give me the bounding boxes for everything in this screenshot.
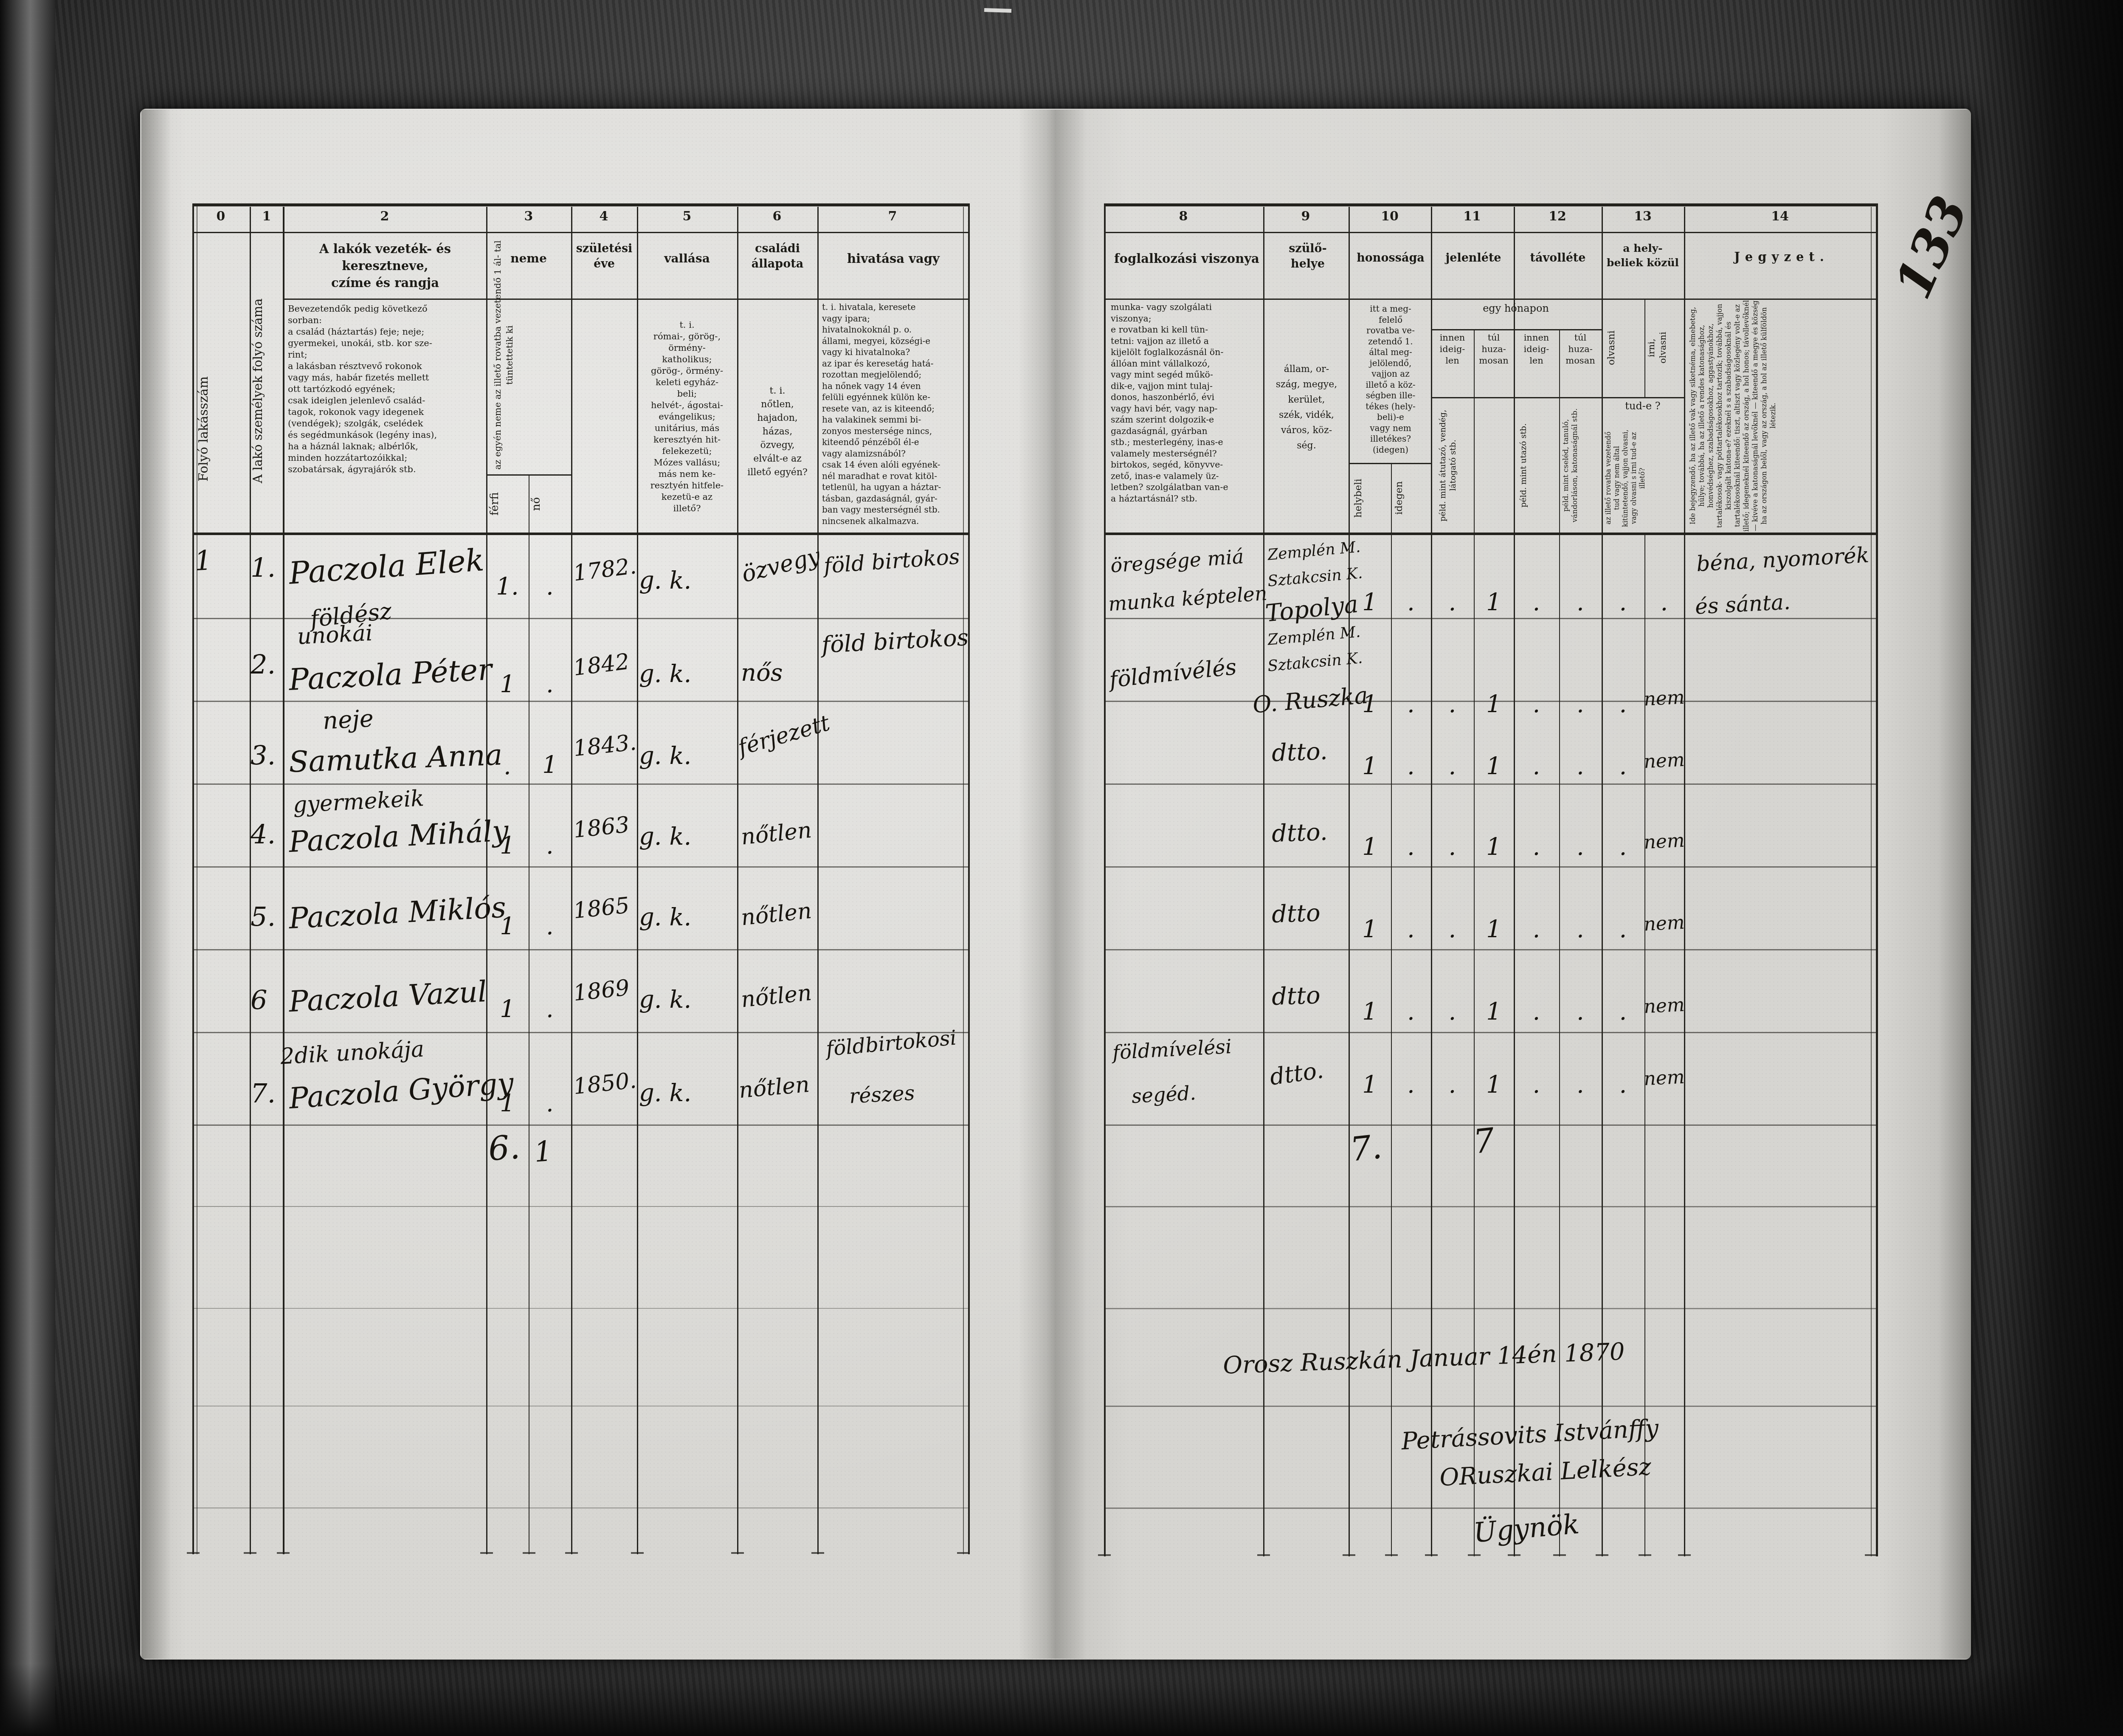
row-relation: neje [322, 702, 417, 735]
grid-line [1104, 949, 1878, 950]
tick-mark [1508, 1554, 1520, 1556]
tick-mark [565, 1552, 578, 1554]
cell-reads: . [1602, 685, 1644, 724]
grid-line [817, 207, 819, 1554]
birth-year-title: születési éve [573, 241, 635, 272]
grid-line [1644, 299, 1645, 397]
cell-female: . [530, 665, 570, 704]
cell-male: 1 [487, 826, 527, 865]
presence-beyond-label: túl huza- mosan [1475, 332, 1513, 366]
total-present-beyond: 7 [1472, 1119, 1518, 1161]
cell-female: . [530, 907, 570, 946]
grid-line [737, 207, 738, 1554]
cell-writes: nem [1644, 821, 1685, 862]
cell-male: 1. [487, 567, 527, 606]
cell-occupation-2: részes [849, 1079, 943, 1108]
month-span-label: egy hónapon [1431, 302, 1601, 314]
citizenship-local-label: helybeli [1353, 465, 1388, 531]
row-person-number: 2. [251, 649, 283, 680]
cell-foreign: . [1391, 827, 1431, 866]
grid-line [192, 618, 970, 619]
grid-line [1104, 866, 1878, 868]
occupation-instructions: t. i. hivatala, keresete vagy ipara; hiv… [822, 302, 966, 527]
cell-present-within: . [1431, 910, 1474, 949]
marital-instructions: t. i. nőtlen, hajadon, házas, özvegy, el… [739, 384, 816, 479]
cell-absent-within: . [1514, 910, 1559, 949]
tick-mark [631, 1552, 644, 1554]
cell-present-beyond: 1 [1474, 685, 1514, 724]
column-number-12: 12 [1540, 209, 1574, 224]
grid-line [1104, 1032, 1878, 1033]
absence-beyond-label: túl huza- mosan [1560, 332, 1601, 366]
census-register-scan: 0 1 2 3 4 5 6 7 Folyó lakásszám A lakó s… [0, 0, 2123, 1736]
literacy-write-label: irni, olvasni [1646, 301, 1682, 395]
employment-instructions: munka- vagy szolgálati viszonya; e rovat… [1111, 302, 1264, 504]
paper-left-edge-shadow [141, 110, 171, 1659]
person-number-header: A lakó személyek folyó száma [251, 248, 284, 533]
cell-present-within: . [1431, 992, 1474, 1031]
page-fold-shadow [1018, 110, 1086, 1659]
cell-foreign: . [1391, 583, 1431, 622]
grid-line [1104, 1406, 1878, 1407]
column-number-14: 14 [1763, 209, 1797, 224]
cell-religion: g. k. [639, 742, 736, 770]
grid-line [192, 783, 970, 785]
cell-reads: . [1602, 910, 1644, 949]
sex-column-note: az egyén neme az illető rovatba vezetend… [492, 239, 568, 471]
grid-line [192, 1032, 970, 1033]
cell-absent-within: . [1514, 747, 1559, 786]
cell-birthplace-3: dtto [1271, 981, 1353, 1011]
row-person-number: 4. [251, 819, 283, 850]
grid-line [1349, 463, 1431, 464]
cell-male: 1 [487, 1084, 527, 1123]
cell-reads: . [1602, 827, 1644, 866]
cell-male: 1 [487, 989, 527, 1029]
grid-line [192, 1406, 970, 1406]
absence-within-label: innen ideig- len [1515, 332, 1558, 366]
cell-local: 1 [1349, 583, 1391, 622]
row-person-number: 1. [251, 552, 283, 583]
cell-present-within: . [1431, 685, 1474, 724]
absence-note-2: péld. mint cseléd, tanuló, vándorláson, … [1562, 399, 1600, 532]
column-number-10: 10 [1373, 209, 1407, 224]
column-number-13: 13 [1626, 209, 1660, 224]
grid-line [571, 207, 572, 1554]
cell-absent-beyond: . [1559, 685, 1602, 724]
column-number-1: 1 [250, 209, 284, 224]
cell-reads: . [1602, 992, 1644, 1031]
cell-female: 1 [530, 745, 570, 784]
cell-birthplace-3: dtto. [1271, 737, 1353, 767]
cell-reads: . [1602, 583, 1644, 622]
birthplace-title: szülő- helye [1270, 241, 1346, 272]
cell-writes: . [1644, 583, 1684, 622]
grid-line [192, 949, 970, 950]
cell-reads: . [1602, 747, 1644, 786]
grid-line [192, 232, 970, 233]
religion-instructions: t. i. római-, görög-, örmény- katholikus… [639, 319, 735, 514]
house-number-header: Folyó lakásszám [196, 323, 247, 535]
cell-birthplace-3: dtto. [1271, 817, 1353, 848]
cell-foreign: . [1391, 910, 1431, 949]
cell-religion: g. k. [639, 660, 736, 688]
grid-line [486, 474, 571, 476]
column-number-6: 6 [760, 209, 794, 224]
grid-line [283, 299, 970, 300]
tick-mark [480, 1552, 493, 1554]
cell-religion: g. k. [639, 823, 736, 851]
remarks-title: Jegyzet. [1692, 250, 1871, 264]
grid-line [192, 203, 970, 206]
film-right-dark [1974, 0, 2123, 1736]
cell-local: 1 [1349, 747, 1391, 786]
cell-absent-beyond: . [1559, 827, 1602, 866]
grid-line [1104, 1508, 1878, 1509]
cell-present-within: . [1431, 583, 1474, 622]
cell-absent-beyond: . [1559, 992, 1602, 1031]
grid-line [486, 207, 487, 1554]
cell-male: 1 [487, 907, 527, 946]
cell-absent-within: . [1514, 992, 1559, 1031]
tick-mark [1468, 1554, 1481, 1556]
literacy-read-label: olvasni [1606, 301, 1642, 395]
cell-religion: g. k. [639, 1079, 736, 1107]
cell-absent-beyond: . [1559, 910, 1602, 949]
tick-mark [811, 1552, 824, 1554]
cell-present-beyond: 1 [1474, 583, 1514, 622]
cell-religion: g. k. [639, 904, 736, 931]
paper-right-edge-shadow [1938, 110, 1971, 1659]
grid-line [192, 1206, 970, 1207]
cell-present-beyond: 1 [1474, 827, 1514, 866]
cell-absent-beyond: . [1559, 1065, 1602, 1104]
cell-male: 1 [487, 665, 527, 704]
column-number-9: 9 [1289, 209, 1323, 224]
tick-mark [1865, 1554, 1878, 1556]
cell-foreign: . [1391, 992, 1431, 1031]
grid-line [192, 866, 970, 868]
citizenship-instructions: itt a meg- felelő rovatba ve- zetendő 1.… [1351, 304, 1430, 455]
tick-mark [957, 1552, 970, 1554]
tick-mark [1385, 1554, 1398, 1556]
cell-absent-within: . [1514, 827, 1559, 866]
cell-absent-beyond: . [1559, 583, 1602, 622]
literacy-note: az illető rovatba vezetendő tud vagy nem… [1604, 426, 1682, 531]
absence-note-1: péld. mint utazó stb. [1518, 399, 1555, 532]
cell-foreign: . [1391, 685, 1431, 724]
cell-present-within: . [1431, 747, 1474, 786]
cell-local: 1 [1349, 685, 1391, 724]
cell-local: 1 [1349, 910, 1391, 949]
cell-female: . [530, 1084, 570, 1123]
grid-line [1104, 533, 1878, 535]
total-female: 1 [533, 1133, 569, 1168]
employment-title: foglalkozási viszonya [1108, 251, 1265, 266]
cell-religion: g. k. [639, 986, 736, 1014]
cell-absent-within: . [1514, 583, 1559, 622]
grid-line [192, 533, 970, 535]
column-number-2: 2 [368, 209, 402, 224]
cell-present-beyond: 1 [1474, 910, 1514, 949]
grid-line [1104, 232, 1878, 233]
tick-mark [1639, 1554, 1651, 1556]
tick-mark [1343, 1554, 1355, 1556]
grid-line [192, 701, 970, 702]
presence-title: jelenléte [1432, 251, 1515, 265]
cell-present-beyond: 1 [1474, 747, 1514, 786]
cell-religion: g. k. [639, 567, 736, 595]
column-number-7: 7 [876, 209, 909, 224]
sex-male-label: férfi [488, 476, 527, 532]
film-bottom-shade [0, 1664, 2123, 1736]
cell-present-within: . [1431, 1065, 1474, 1104]
cell-local: 1 [1349, 1065, 1391, 1104]
citizenship-foreign-label: idegen [1394, 465, 1429, 531]
cell-writes: nem [1644, 985, 1685, 1026]
remarks-instructions: Ide bejegyzendő, ha az illető vak vagy s… [1688, 300, 1873, 532]
grid-line [1431, 329, 1602, 330]
column-number-4: 4 [587, 209, 621, 224]
column-number-8: 8 [1166, 209, 1200, 224]
tick-mark [1425, 1554, 1438, 1556]
presence-note: péld. mint átutazó, vendég, látogató stb… [1438, 399, 1473, 532]
grid-line [1104, 204, 1106, 1556]
cell-female: . [530, 989, 570, 1029]
grid-line [1104, 1206, 1878, 1207]
grid-line [1104, 1308, 1878, 1309]
row-person-number: 3. [251, 740, 283, 771]
cell-writes: nem [1644, 740, 1685, 781]
cell-writes: nem [1644, 903, 1685, 944]
cell-absent-within: . [1514, 1065, 1559, 1104]
grid-line [1876, 204, 1878, 1556]
tick-mark [1553, 1554, 1566, 1556]
marital-title: családi állapota [739, 241, 816, 272]
grid-line [1684, 207, 1685, 1556]
sex-female-label: nő [530, 476, 569, 532]
birthplace-instructions: állam, or- szág, megye, kerület, szék, v… [1266, 362, 1347, 454]
presence-within-label: innen ideig- len [1432, 332, 1473, 366]
column-number-3: 3 [512, 209, 546, 224]
citizenship-title: honossága [1350, 251, 1431, 265]
cell-foreign: . [1391, 747, 1431, 786]
row-house-number: 1 [194, 543, 248, 577]
cell-local: 1 [1349, 827, 1391, 866]
grid-line [529, 474, 529, 1554]
grid-line [192, 1308, 970, 1309]
cell-local: 1 [1349, 992, 1391, 1031]
total-male: 6. [487, 1127, 532, 1169]
column-number-0: 0 [204, 209, 238, 224]
grid-line [192, 204, 194, 1554]
tick-mark [187, 1552, 200, 1554]
literacy-can-label: tud-e ? [1602, 400, 1683, 412]
cell-marital: nős [741, 659, 817, 687]
column-number-11: 11 [1455, 209, 1489, 224]
cell-female: . [530, 567, 570, 606]
cell-reads: . [1602, 1065, 1644, 1104]
name-column-title: A lakók vezeték- és keresztneve, czíme é… [285, 240, 485, 291]
cell-absent-within: . [1514, 685, 1559, 724]
column-number-5: 5 [670, 209, 704, 224]
cell-writes: nem [1644, 1057, 1685, 1099]
film-left-strip [0, 0, 55, 1736]
tick-mark [1098, 1554, 1111, 1556]
name-column-instructions: Bevezetendők pedig következő sorban: a c… [288, 303, 483, 475]
cell-female: . [530, 826, 570, 865]
tick-mark [1257, 1554, 1270, 1556]
row-person-number: 7. [251, 1078, 283, 1109]
grid-line [192, 1508, 970, 1508]
cell-male: . [487, 747, 527, 786]
tick-mark [244, 1552, 256, 1554]
absence-title: távolléte [1515, 251, 1601, 265]
tick-mark [731, 1552, 744, 1554]
grid-line [1431, 397, 1684, 398]
tick-mark [523, 1552, 535, 1554]
grid-line [1104, 203, 1878, 206]
cell-birthplace-3: dtto [1271, 898, 1353, 929]
cell-absent-beyond: . [1559, 747, 1602, 786]
row-person-number: 6 [251, 984, 283, 1015]
tick-mark [1678, 1554, 1691, 1556]
grid-line [192, 1124, 970, 1126]
total-local: 7. [1349, 1127, 1395, 1169]
cell-foreign: . [1391, 1065, 1431, 1104]
religion-title: vallása [639, 251, 735, 265]
tick-mark [277, 1552, 290, 1554]
literacy-title: a hely- beliek közül [1602, 241, 1683, 270]
tick-mark [1596, 1554, 1608, 1556]
occupation-title: hivatása vagy [819, 251, 967, 266]
grid-line [637, 207, 638, 1554]
grid-line [968, 204, 970, 1554]
cell-present-beyond: 1 [1474, 1065, 1514, 1104]
cell-present-within: . [1431, 827, 1474, 866]
row-person-number: 5. [251, 901, 283, 932]
cell-writes: nem [1644, 678, 1685, 719]
cell-present-beyond: 1 [1474, 992, 1514, 1031]
row-name: Samutka Anna [288, 739, 484, 779]
